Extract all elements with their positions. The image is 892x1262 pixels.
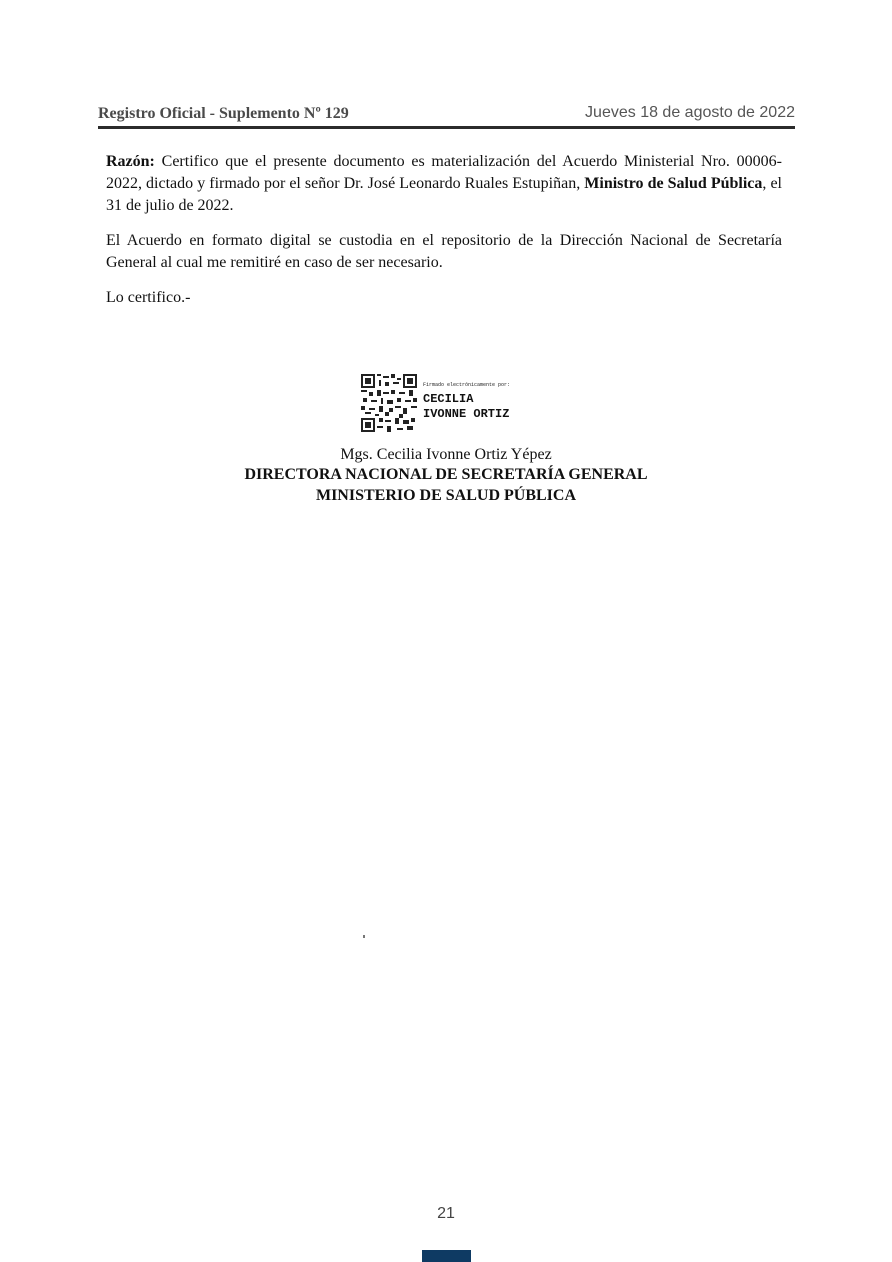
minister-title: Ministro de Salud Pública [584, 175, 762, 192]
stamp-signer-name: CECILIA IVONNE ORTIZ [423, 392, 509, 422]
qr-code-icon [361, 374, 417, 432]
scan-speck [363, 935, 365, 938]
electronic-signature-stamp: Firmado electrónicamente por: CECILIA IV… [361, 374, 561, 434]
signer-name: Mgs. Cecilia Ivonne Ortiz Yépez [0, 446, 892, 464]
certification-paragraph: Razón: Certifico que el presente documen… [106, 151, 782, 217]
page-header: Registro Oficial - Suplemento Nº 129 Jue… [98, 102, 795, 126]
stamp-name-line-2: IVONNE ORTIZ [423, 407, 509, 422]
reason-label: Razón: [106, 153, 155, 170]
page-number: 21 [0, 1205, 892, 1223]
certify-closing: Lo certifico.- [106, 287, 782, 309]
publication-date: Jueves 18 de agosto de 2022 [585, 104, 795, 122]
footer-bar [422, 1250, 471, 1262]
stamp-name-line-1: CECILIA [423, 392, 509, 407]
custody-paragraph: El Acuerdo en formato digital se custodi… [106, 230, 782, 274]
stamp-caption: Firmado electrónicamente por: [423, 382, 510, 388]
publication-title: Registro Oficial - Suplemento Nº 129 [98, 105, 349, 123]
signer-title: DIRECTORA NACIONAL DE SECRETARÍA GENERAL [0, 466, 892, 484]
header-divider [98, 126, 795, 129]
signer-organization: MINISTERIO DE SALUD PÚBLICA [0, 487, 892, 505]
